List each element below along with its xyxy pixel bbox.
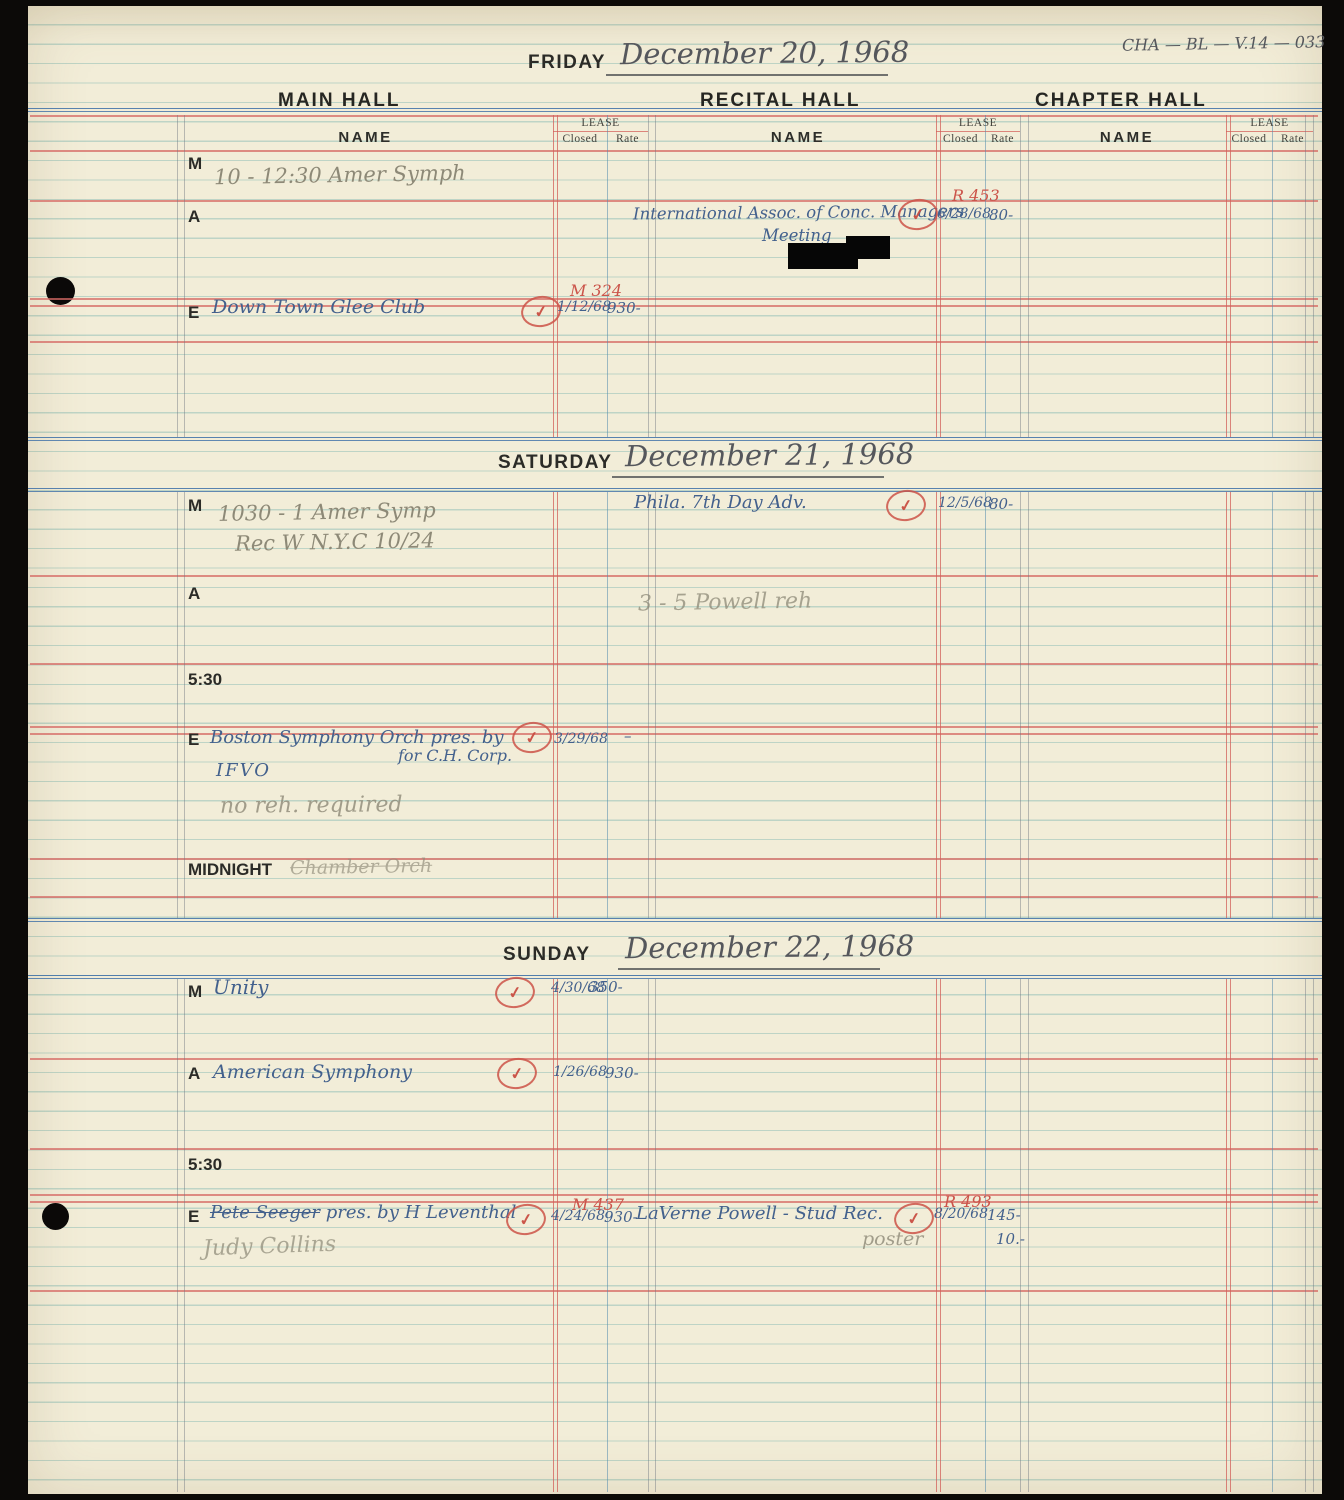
entry-saturday-recital-a: 3 - 5 Powell reh (638, 588, 813, 616)
rule-vertical (648, 115, 649, 437)
rule-vertical (607, 979, 608, 1492)
rule-vertical (1313, 492, 1314, 918)
entry-friday-main-m: 10 - 12:30 Amer Symph (214, 161, 466, 189)
rule-vertical (1313, 115, 1314, 437)
closed-label: Closed (936, 133, 985, 145)
row-label-midnight: MIDNIGHT (188, 860, 272, 880)
rule-vertical (1028, 115, 1029, 437)
lease-closed-date: 1/26/68 (553, 1064, 607, 1080)
lease-code: R 453 (952, 186, 1000, 205)
entry-sunday-main-e-note: Judy Collins (203, 1232, 337, 1262)
rule-horizontal (30, 341, 1318, 343)
rule-vertical (1020, 115, 1021, 437)
lease-closed-date: 6/28/68 (937, 206, 991, 222)
date-underline (612, 476, 884, 478)
lease-closed-date: 4/24/68 (551, 1208, 605, 1224)
rule-vertical (985, 115, 986, 437)
rate-label: Rate (1272, 133, 1313, 145)
rule-vertical (1305, 115, 1306, 437)
lease-rate: 145- (987, 1206, 1021, 1224)
rule-vertical (1226, 492, 1231, 918)
row-label-a: A (188, 207, 200, 227)
lease-rate: 80- (989, 206, 1013, 224)
lease-rate: 930- (604, 1208, 638, 1226)
entry-sunday-main-m: Unity (213, 975, 268, 999)
hole-punch (46, 277, 75, 305)
paper-sheet (28, 6, 1322, 1494)
lease-code: M 324 (570, 281, 622, 300)
lease-label: LEASE (936, 117, 1020, 129)
row-label-e: E (188, 1207, 199, 1227)
closed-label: Closed (553, 133, 607, 145)
day-label-saturday: SATURDAY (498, 452, 612, 474)
rule-vertical (1272, 979, 1273, 1492)
rule-vertical (936, 492, 941, 918)
rule-vertical (655, 492, 656, 918)
lease-rate-2: 10.- (996, 1230, 1025, 1248)
name-column-label: NAME (1028, 129, 1226, 146)
date-underline (618, 968, 880, 970)
row-label-e: E (188, 303, 199, 323)
rule-vertical (1305, 979, 1306, 1492)
entry-saturday-main-e-note: no reh. required (220, 792, 403, 819)
rule-vertical (1272, 115, 1273, 437)
rule-horizontal (30, 1058, 1318, 1060)
lease-rate: 930- (605, 1064, 639, 1082)
rule-vertical (553, 492, 558, 918)
lease-rate: 80- (989, 495, 1013, 513)
rule-vertical (1028, 492, 1029, 918)
date-underline (606, 74, 888, 76)
entry-sunday-recital-e: LaVerne Powell - Stud Rec. (636, 1203, 883, 1224)
date-sunday: December 22, 1968 (625, 929, 915, 966)
lease-rate: 350- (589, 978, 623, 996)
lease-closed-date: 8/20/68 (934, 1206, 988, 1222)
scanned-ledger-page: CHA — BL — V.14 — 033 FRIDAY December 20… (0, 0, 1344, 1500)
row-label-e: E (188, 730, 199, 750)
rate-label: Rate (985, 133, 1020, 145)
entry-saturday-main-e-line3: IFVO (216, 760, 271, 781)
rule-vertical (553, 979, 558, 1492)
rule-vertical (607, 115, 608, 437)
name-column-label: NAME (178, 129, 553, 146)
rule-vertical (177, 115, 178, 437)
rule-vertical (936, 115, 941, 437)
entry-sunday-main-a: American Symphony (213, 1061, 412, 1083)
date-friday: December 20, 1968 (620, 35, 910, 72)
redaction-box (788, 243, 858, 269)
day-label-sunday: SUNDAY (503, 944, 591, 966)
rule-vertical (648, 979, 649, 1492)
rule-horizontal (30, 1194, 1318, 1196)
row-label-a: A (188, 1064, 200, 1084)
row-label-530: 5:30 (188, 670, 222, 690)
lease-label: LEASE (553, 117, 648, 129)
rule-vertical (1028, 979, 1029, 1492)
entry-saturday-midnight: Chamber Orch (290, 855, 433, 879)
lease-closed-date: 3/29/68 (554, 731, 608, 747)
lease-label: LEASE (1226, 117, 1313, 129)
rule-horizontal (30, 115, 1318, 117)
entry-sunday-main-e: Pete Seeger pres. by H Leventhal (210, 1202, 516, 1223)
rule-vertical (936, 979, 941, 1492)
rule-vertical (177, 492, 178, 918)
entry-saturday-main-e-line2: for C.H. Corp. (398, 746, 512, 765)
reference-code: CHA — BL — V.14 — 033 (1122, 32, 1326, 55)
rule-vertical (655, 979, 656, 1492)
rule-vertical (1226, 979, 1231, 1492)
rule-vertical (1305, 492, 1306, 918)
lease-closed-date: 12/5/68 (938, 495, 992, 511)
date-saturday: December 21, 1968 (625, 437, 915, 474)
rule-vertical (184, 979, 185, 1492)
rule-vertical (655, 115, 656, 437)
rule-vertical (1020, 492, 1021, 918)
rule-section-top (28, 108, 1322, 112)
rule-vertical (184, 115, 185, 437)
rule-vertical (1313, 979, 1314, 1492)
day-label-friday: FRIDAY (528, 52, 606, 74)
row-label-m: M (188, 154, 202, 174)
rule-vertical (553, 115, 558, 437)
rule-vertical (177, 979, 178, 1492)
lease-rate: 930- (607, 299, 641, 317)
rule-horizontal (30, 575, 1318, 577)
closed-label: Closed (1226, 133, 1272, 145)
row-label-m: M (188, 496, 202, 516)
entry-saturday-main-m: 1030 - 1 Amer Symp (218, 498, 436, 526)
row-label-a: A (188, 584, 200, 604)
rate-label: Rate (607, 133, 648, 145)
hole-punch (42, 1203, 69, 1230)
row-label-530: 5:30 (188, 1155, 222, 1175)
rule-vertical (184, 492, 185, 918)
rule-horizontal (30, 200, 1318, 202)
lease-rate: – (624, 727, 632, 745)
entry-friday-main-e: Down Town Glee Club (212, 296, 425, 318)
rule-horizontal (30, 1148, 1318, 1150)
rule-horizontal (30, 150, 1318, 152)
entry-saturday-main-m-line2: Rec W N.Y.C 10/24 (235, 528, 435, 555)
rule-section-bottom (28, 918, 1322, 922)
rule-horizontal (30, 663, 1318, 665)
entry-saturday-recital-m: Phila. 7th Day Adv. (634, 492, 807, 513)
rule-vertical (1226, 115, 1231, 437)
rule-vertical (1272, 492, 1273, 918)
lease-closed-date: 1/12/68 (557, 299, 611, 315)
rule-horizontal (30, 896, 1318, 898)
name-column-label: NAME (660, 129, 936, 146)
rule-vertical (648, 492, 649, 918)
row-label-m: M (188, 982, 202, 1002)
rule-vertical (985, 492, 986, 918)
entry-saturday-main-e: Boston Symphony Orch pres. by (210, 727, 504, 748)
rule-horizontal (30, 1290, 1318, 1292)
rule-vertical (985, 979, 986, 1492)
rule-vertical (607, 492, 608, 918)
